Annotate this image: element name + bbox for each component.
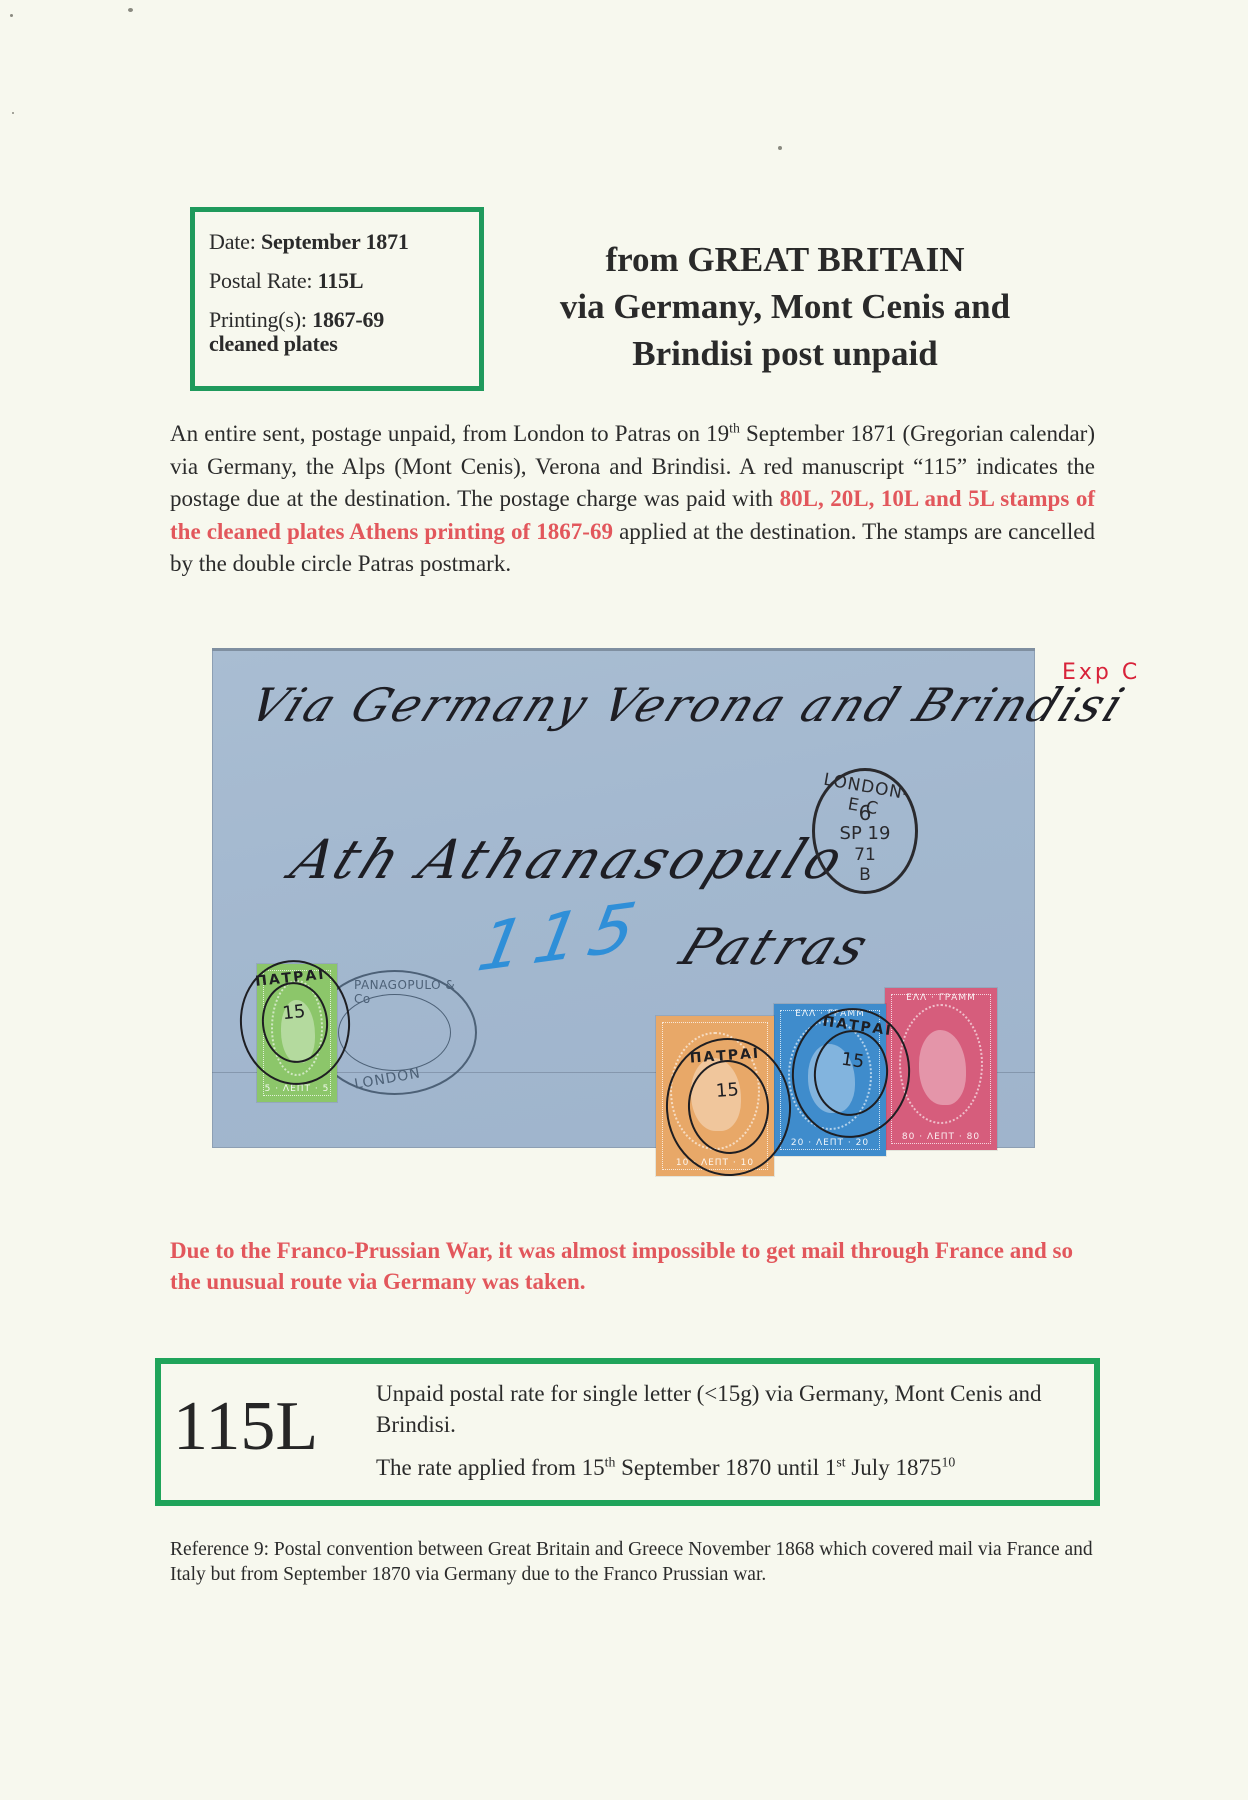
rate-text: The rate applied from 15 (376, 1455, 605, 1480)
page-title: from GREAT BRITAIN via Germany, Mont Cen… (505, 236, 1065, 377)
paper-speck (128, 8, 133, 12)
title-line-3: Brindisi post unpaid (505, 330, 1065, 377)
title-line-2: via Germany, Mont Cenis and (505, 283, 1065, 330)
footnote-marker: 10 (941, 1455, 955, 1470)
rate-big-value: 115L (173, 1382, 318, 1472)
rate-line-2: The rate applied from 15th September 187… (376, 1452, 1091, 1483)
printing-label: Printing(s): (209, 307, 307, 332)
rate-text: September 1870 until 1 (615, 1455, 836, 1480)
rate-box: 115L Unpaid postal rate for single lette… (155, 1358, 1100, 1506)
postmark-line: 6 (815, 801, 915, 825)
title-line-1: from GREAT BRITAIN (505, 236, 1065, 283)
info-box: Date: September 1871 Postal Rate: 115L P… (190, 207, 484, 391)
due-marking: 115 (472, 887, 652, 987)
postmark-line: 71 (815, 845, 915, 865)
london-postmark: LONDON-E.C 6 SP 19 71 B (812, 768, 918, 894)
paper-speck (12, 112, 14, 114)
printing-line: Printing(s): 1867-69 (209, 308, 465, 332)
handstamp-top-text: PANAGOPULO & Co (354, 978, 475, 1006)
stamp-value-label: 20 · ΛΕΠΤ · 20 (774, 1138, 886, 1148)
rate-text: July 1875 (846, 1455, 942, 1480)
ordinal-suffix: th (729, 421, 740, 436)
postmark-line: B (815, 865, 915, 885)
ordinal-suffix: st (836, 1455, 845, 1470)
paper-speck (10, 14, 13, 17)
cover-edge (212, 648, 1035, 651)
manuscript-destination: Patras (672, 918, 880, 976)
printing-value: 1867-69 (312, 307, 384, 332)
reference-note: Reference 9: Postal convention between G… (170, 1537, 1100, 1587)
paper-speck (778, 146, 782, 150)
hermes-head-icon (919, 1030, 966, 1105)
stamp-top-label: ΕΛΛ · ΓΡΑΜΜ (885, 993, 997, 1003)
rate-line-1: Unpaid postal rate for single letter (<1… (376, 1378, 1091, 1440)
postal-rate-label: Postal Rate: (209, 268, 312, 293)
postal-rate-value: 115L (318, 268, 364, 293)
date-label: Date: (209, 229, 256, 254)
rate-description: Unpaid postal rate for single letter (<1… (376, 1378, 1091, 1483)
cancel-day: 15 (666, 1076, 788, 1105)
postmark-line: SP 19 (815, 823, 915, 844)
description-text: An entire sent, postage unpaid, from Lon… (170, 421, 729, 446)
manuscript-addressee: Ath Athanasopulo (282, 828, 856, 891)
stamp-value-label: 5 · ΛΕΠΤ · 5 (257, 1084, 337, 1094)
postal-rate-line: Postal Rate: 115L (209, 269, 465, 293)
date-line: Date: September 1871 (209, 230, 465, 254)
date-value: September 1871 (261, 229, 409, 254)
postal-cover-image: Via Germany Verona and Brindisi Ath Atha… (212, 648, 1035, 1148)
manuscript-route: Via Germany Verona and Brindisi (242, 678, 1135, 732)
printing-line-2: cleaned plates (209, 332, 465, 356)
stamp-value-label: 80 · ΛΕΠΤ · 80 (885, 1132, 997, 1142)
war-note: Due to the Franco-Prussian War, it was a… (170, 1235, 1095, 1297)
handstamp-bottom-text: LONDON (353, 1065, 422, 1092)
description-paragraph: An entire sent, postage unpaid, from Lon… (170, 418, 1095, 581)
printing-value-2: cleaned plates (209, 331, 338, 356)
ordinal-suffix: th (605, 1455, 616, 1470)
handwritten-annotation: Exp C (1062, 660, 1140, 685)
